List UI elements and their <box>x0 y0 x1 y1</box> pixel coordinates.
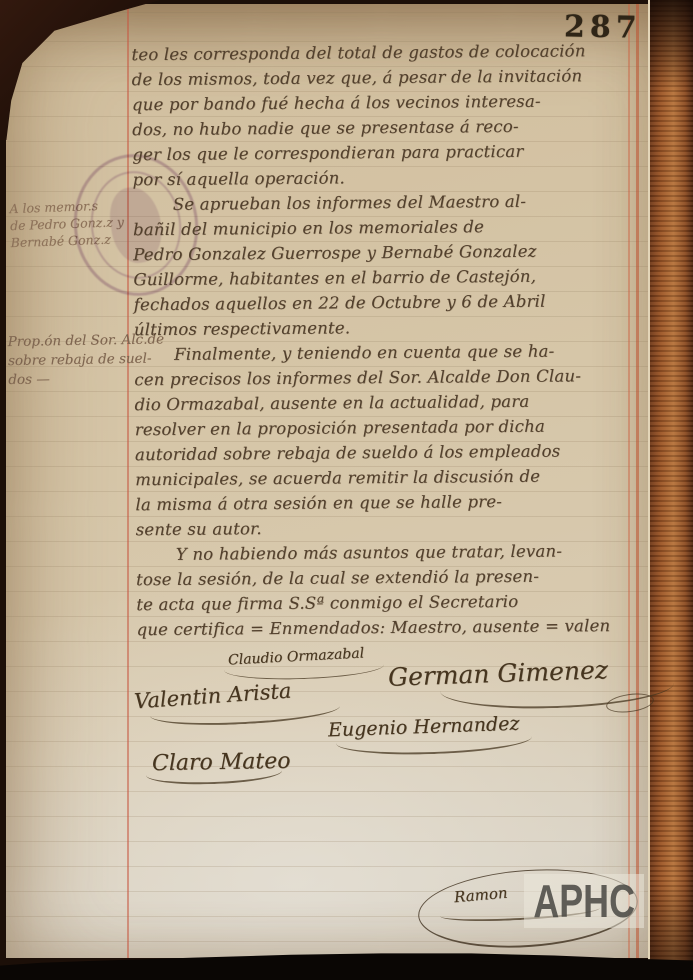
book-fore-edge <box>648 0 693 980</box>
margin-note-rebaja-sueldos: Prop.ón del Sor. Alc.de sobre rebaja de … <box>8 331 131 390</box>
paragraph: Finalmente, y teniendo en cuenta que se … <box>134 338 650 542</box>
body-text: teo les corresponda del total de gastos … <box>131 38 650 642</box>
archive-watermark: APHC <box>524 874 644 928</box>
scanned-book-photo: 287 A los memor.s de Pedro Gonz.z y Bern… <box>0 0 693 980</box>
manuscript-line: cen precisos los informes del Sor. Alcal… <box>134 363 648 392</box>
margin-note-line: dos — <box>8 369 130 390</box>
manuscript-line: de los mismos, toda vez que, á pesar de … <box>132 63 646 92</box>
manuscript-page: 287 A los memor.s de Pedro Gonz.z y Bern… <box>6 4 648 958</box>
margin-note-line: sobre rebaja de suel- <box>8 350 130 371</box>
manuscript-line: que certifica = Enmendados: Maestro, aus… <box>136 613 650 642</box>
paragraph: Se aprueban los informes del Maestro al-… <box>133 188 648 342</box>
left-margin-rule <box>127 4 129 958</box>
paragraph: Y no habiendo más asuntos que tratar, le… <box>136 538 651 642</box>
archive-watermark-text: APHC <box>533 874 635 928</box>
paragraph: teo les corresponda del total de gastos … <box>131 38 646 192</box>
margin-note-line: Prop.ón del Sor. Alc.de <box>8 331 130 352</box>
